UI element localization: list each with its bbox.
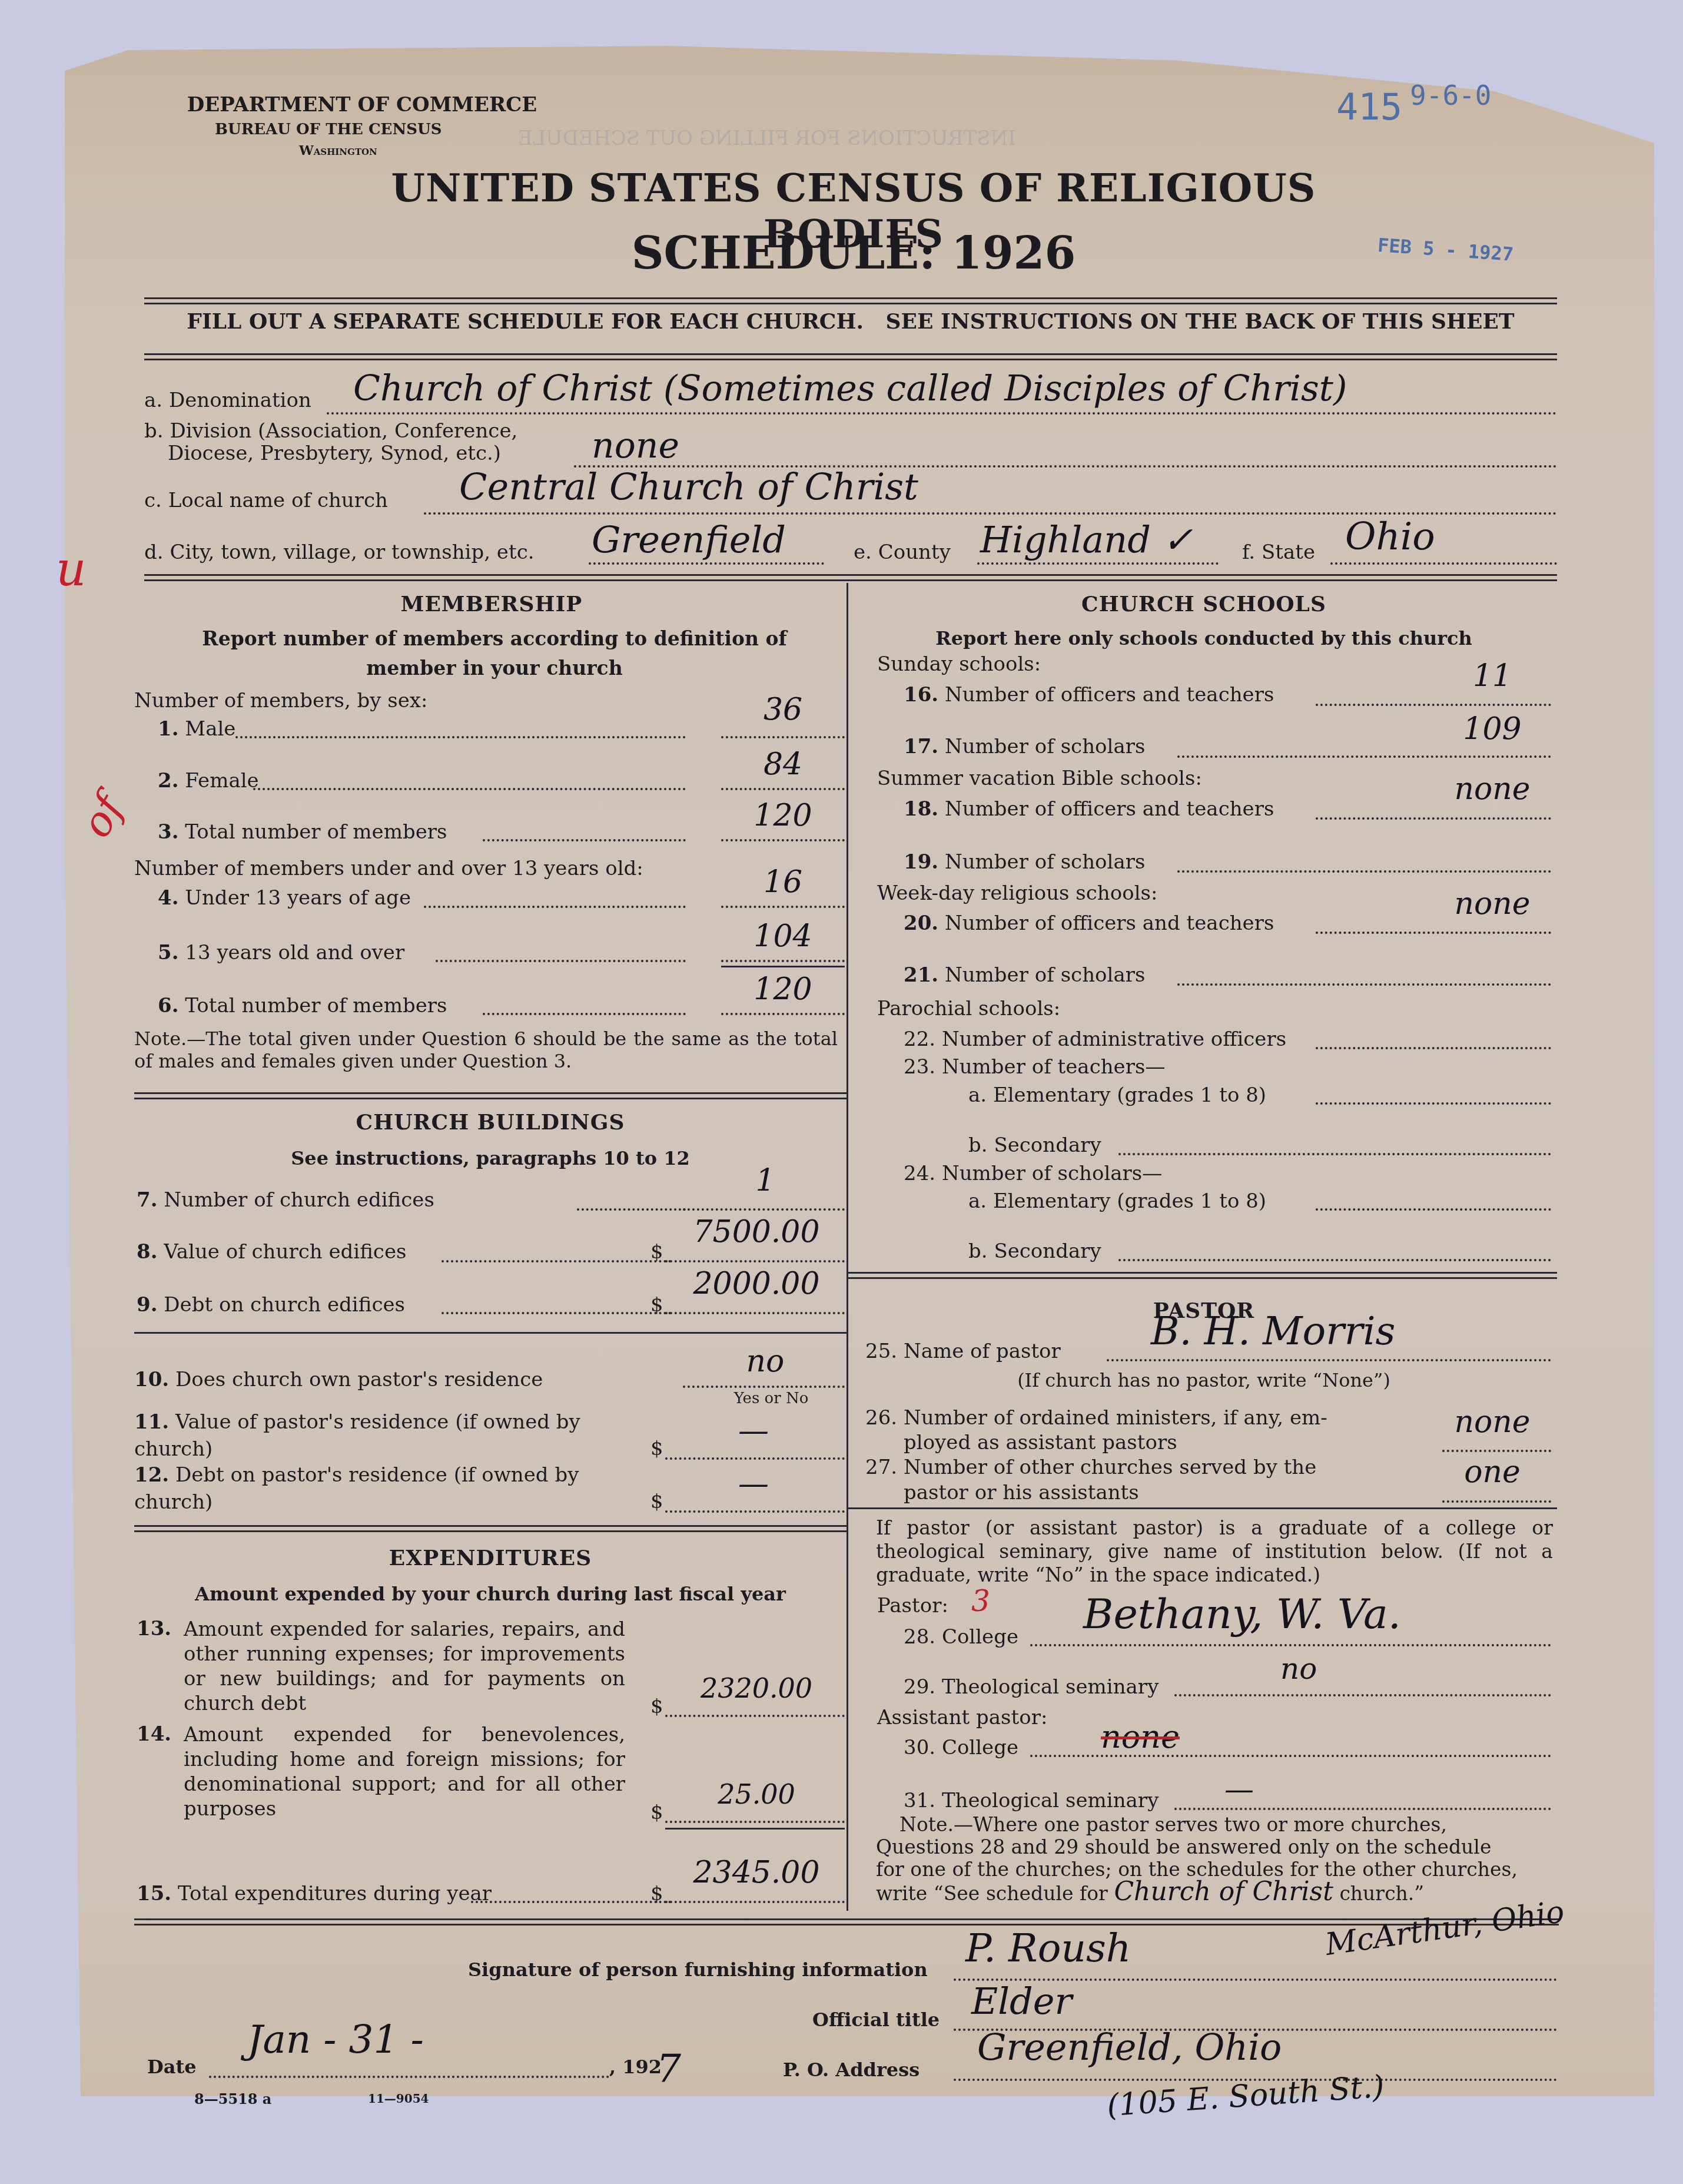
q23-label: 23. Number of teachers— xyxy=(904,1055,1165,1079)
row-number: 9. xyxy=(137,1293,158,1317)
q23a-label: a. Elementary (grades 1 to 8) xyxy=(968,1083,1266,1107)
denomination-field[interactable]: Church of Christ (Sometimes called Disci… xyxy=(353,368,1347,409)
note-line: Questions 28 and 29 should be answered o… xyxy=(876,1836,1553,1858)
q22-label: 22. Number of administrative officers xyxy=(904,1028,1286,1051)
division-field[interactable]: none xyxy=(592,425,679,466)
date-year-field[interactable]: 7 xyxy=(656,2046,681,2092)
answer-line xyxy=(1316,817,1551,820)
answer-line xyxy=(665,1260,845,1262)
row-number: 19. xyxy=(904,850,938,874)
row-label: Total number of members xyxy=(185,994,447,1018)
row-label: Number of officers and teachers xyxy=(945,797,1274,821)
sunday-schools-label: Sunday schools: xyxy=(877,652,1041,676)
weekday-teachers-field[interactable]: none xyxy=(1433,886,1551,922)
date-line xyxy=(209,2076,609,2078)
over-13-field[interactable]: 104 xyxy=(721,919,845,954)
division-label-2: Diocese, Presbytery, Synod, etc.) xyxy=(168,442,501,465)
q22-answer-line xyxy=(1316,1047,1551,1049)
answer-line xyxy=(683,1386,845,1388)
q27-label-2: pastor or his assistants xyxy=(904,1481,1139,1504)
expenditures-subtitle: Amount expended by your church during la… xyxy=(134,1583,847,1605)
header-divider xyxy=(144,297,1557,304)
column-divider xyxy=(847,583,848,1911)
row-label: Amount expended for salaries, repairs, a… xyxy=(184,1617,625,1716)
state-line xyxy=(1330,562,1557,565)
local-name-line xyxy=(424,512,1557,515)
date-field[interactable]: Jan - 31 - xyxy=(247,2017,424,2062)
row-number: 4. xyxy=(158,886,179,910)
answer-line xyxy=(721,960,845,962)
state-label: f. State xyxy=(1242,541,1315,564)
answer-line xyxy=(721,839,845,841)
row-number: 13. xyxy=(137,1617,171,1641)
county-field[interactable]: Highland ✓ xyxy=(980,518,1193,561)
answer-line xyxy=(721,1013,845,1015)
ident-divider xyxy=(144,574,1557,581)
male-count-field[interactable]: 36 xyxy=(721,692,845,727)
county-label: e. County xyxy=(854,541,951,564)
city-field[interactable]: Greenfield xyxy=(592,518,786,561)
denomination-label: a. Denomination xyxy=(144,389,311,412)
pastor-education-label: Pastor: xyxy=(877,1594,948,1618)
assistant-seminary-field[interactable]: — xyxy=(1224,1772,1254,1807)
row-label: Total expenditures during year xyxy=(178,1882,492,1905)
row-label: Female xyxy=(185,769,258,793)
q26-answer-line xyxy=(1442,1450,1551,1452)
official-title-field[interactable]: Elder xyxy=(971,1980,1072,2023)
membership-note: Note.—The total given under Question 6 s… xyxy=(134,1028,838,1072)
file-suffix-stamp: 9-6-0 xyxy=(1410,79,1491,111)
q27-label-1: 27. Number of other churches served by t… xyxy=(865,1456,1316,1479)
margin-mark-u: u xyxy=(56,542,87,596)
instruction-divider xyxy=(144,353,1557,360)
schedule-year: SCHEDULE: 1926 xyxy=(318,227,1389,279)
row-number: 8. xyxy=(137,1240,158,1264)
instruction-banner: FILL OUT A SEPARATE SCHEDULE FOR EACH CH… xyxy=(144,309,1557,334)
parochial-label: Parochial schools: xyxy=(877,997,1060,1020)
answer-line xyxy=(665,1457,845,1460)
leader-dots xyxy=(442,1260,671,1262)
by-age-label: Number of members under and over 13 year… xyxy=(134,857,643,880)
date-label: Date xyxy=(147,2055,197,2079)
edifice-count-field[interactable]: 1 xyxy=(706,1163,824,1198)
row-number: 10. xyxy=(134,1368,169,1391)
answer-line xyxy=(683,1208,845,1211)
leader-dots xyxy=(483,839,686,841)
under-13-field[interactable]: 16 xyxy=(721,864,845,900)
row-number: 15. xyxy=(137,1882,171,1905)
row-number: 18. xyxy=(904,797,938,821)
vacation-schools-label: Summer vacation Bible schools: xyxy=(877,767,1202,790)
row-number: 5. xyxy=(158,941,179,965)
dollar-sign: $ xyxy=(650,1801,663,1824)
dollar-sign: $ xyxy=(650,1437,663,1460)
edifice-debt-field[interactable]: 2000.00 xyxy=(668,1266,845,1301)
buildings-subdivider xyxy=(134,1332,847,1334)
answer-line xyxy=(1177,870,1551,873)
row-label: Value of pastor's residence (if owned by… xyxy=(134,1410,580,1461)
q27-answer-line xyxy=(1442,1500,1551,1503)
row-number: 3. xyxy=(158,820,179,844)
q25-hint: (If church has no pastor, write “None”) xyxy=(851,1369,1557,1391)
official-title-label: Official title xyxy=(812,2008,940,2031)
answer-line xyxy=(1316,932,1551,934)
q23b-answer-line xyxy=(1118,1153,1551,1155)
department-name: DEPARTMENT OF COMMERCE xyxy=(150,93,574,117)
sum-rule xyxy=(721,966,845,967)
q24b-label: b. Secondary xyxy=(968,1240,1101,1263)
form-number: 8—5518 a xyxy=(194,2090,271,2107)
row-number: 14. xyxy=(137,1722,171,1746)
row-label: Under 13 years of age xyxy=(185,886,411,910)
dollar-sign: $ xyxy=(650,1490,663,1513)
row-number: 21. xyxy=(904,963,938,987)
row-label: Number of scholars xyxy=(945,963,1145,987)
total-members-field[interactable]: 120 xyxy=(721,798,845,833)
dollar-sign: $ xyxy=(650,1240,663,1264)
show-through-text: INSTRUCTIONS FOR FILLING OUT SCHEDULE xyxy=(518,127,1016,150)
answer-line xyxy=(665,1821,845,1823)
row-number: 2. xyxy=(158,769,179,793)
row-label: Debt on pastor's residence (if owned by … xyxy=(134,1463,579,1514)
membership-subtitle: Report number of members according to de… xyxy=(177,624,812,683)
sum-rule xyxy=(665,1828,845,1830)
row-number: 1. xyxy=(158,717,179,741)
assistant-ministers-field[interactable]: none xyxy=(1433,1404,1551,1440)
red-mark-3: 3 xyxy=(971,1584,990,1618)
city-label: d. City, town, village, or township, etc… xyxy=(144,541,535,564)
q25-label: 25. Name of pastor xyxy=(865,1340,1061,1363)
benevolences-field[interactable]: 25.00 xyxy=(668,1778,845,1810)
local-name-field[interactable]: Central Church of Christ xyxy=(459,465,918,508)
pastor-name-field[interactable]: B. H. Morris xyxy=(1151,1308,1395,1354)
q29-answer-line xyxy=(1174,1694,1551,1696)
city-name: Washington xyxy=(299,143,377,158)
sunday-scholars-field[interactable]: 109 xyxy=(1433,711,1551,747)
assistant-college-field[interactable]: none xyxy=(1101,1718,1180,1755)
note-prefix: write “See schedule for xyxy=(876,1882,1108,1905)
schools-subtitle: Report here only schools conducted by th… xyxy=(851,627,1557,649)
q28-label: 28. College xyxy=(904,1625,1018,1649)
answer-line xyxy=(665,1715,845,1717)
answer-line xyxy=(665,1312,845,1314)
leader-dots xyxy=(483,1013,686,1015)
schools-heading: CHURCH SCHOOLS xyxy=(851,592,1557,617)
weekday-schools-label: Week-day religious schools: xyxy=(877,881,1157,905)
answer-line xyxy=(721,906,845,908)
residence-debt-field[interactable]: — xyxy=(683,1466,824,1502)
q23a-answer-line xyxy=(1316,1102,1551,1105)
row-label: Amount expended for benevolences, includ… xyxy=(184,1722,625,1821)
row-label: Number of church edifices xyxy=(164,1188,434,1212)
print-number: 11—9054 xyxy=(368,2092,429,2106)
row-label: Does church own pastor's residence xyxy=(175,1368,543,1391)
q26-label-1: 26. Number of ordained ministers, if any… xyxy=(865,1406,1327,1430)
q24a-answer-line xyxy=(1316,1208,1551,1211)
po-address-label: P. O. Address xyxy=(783,2058,919,2082)
q24-label: 24. Number of scholars— xyxy=(904,1162,1162,1185)
leader-dots xyxy=(471,1901,671,1903)
membership-heading: MEMBERSHIP xyxy=(135,592,848,617)
row-number: 7. xyxy=(137,1188,158,1212)
answer-line xyxy=(665,1901,845,1903)
note-line: write “See schedule for Church of Christ… xyxy=(876,1881,1553,1905)
row-label: Debt on church edifices xyxy=(164,1293,405,1317)
dollar-sign: $ xyxy=(650,1882,663,1905)
female-count-field[interactable]: 84 xyxy=(721,747,845,782)
q24a-label: a. Elementary (grades 1 to 8) xyxy=(968,1189,1266,1213)
row-number: 11. xyxy=(134,1410,169,1434)
answer-line xyxy=(665,1510,845,1513)
signature-label: Signature of person furnishing informati… xyxy=(468,1958,928,1981)
leader-dots xyxy=(235,736,686,738)
bureau-name: BUREAU OF THE CENSUS xyxy=(215,121,442,138)
row-label: Number of scholars xyxy=(945,850,1145,874)
state-field[interactable]: Ohio xyxy=(1345,515,1435,559)
vacation-teachers-field[interactable]: none xyxy=(1433,771,1551,807)
dollar-sign: $ xyxy=(650,1293,663,1317)
membership-divider xyxy=(134,1092,847,1099)
local-name-label: c. Local name of church xyxy=(144,489,388,512)
residence-value-field[interactable]: — xyxy=(683,1413,824,1449)
q25-answer-line xyxy=(1107,1359,1551,1361)
owns-residence-field[interactable]: no xyxy=(706,1344,824,1379)
note-suffix: church.” xyxy=(1339,1882,1424,1905)
edifice-value-field[interactable]: 7500.00 xyxy=(668,1214,845,1250)
q31-label: 31. Theological seminary xyxy=(904,1789,1158,1812)
pastor-college-field[interactable]: Bethany, W. Va. xyxy=(1083,1590,1401,1638)
leader-dots xyxy=(436,960,686,962)
schools-divider xyxy=(848,1272,1557,1279)
note-line: Note.—Where one pastor serves two or mor… xyxy=(876,1814,1553,1836)
row-number: 16. xyxy=(904,683,938,707)
graduate-note: If pastor (or assistant pastor) is a gra… xyxy=(876,1516,1553,1587)
answer-line xyxy=(1316,704,1551,706)
pastor-note: Note.—Where one pastor serves two or mor… xyxy=(876,1814,1553,1905)
division-label-1: b. Division (Association, Conference, xyxy=(144,419,517,443)
row-number: 17. xyxy=(904,735,938,758)
running-expenses-field[interactable]: 2320.00 xyxy=(668,1672,845,1704)
row-number: 20. xyxy=(904,912,938,935)
q30-label: 30. College xyxy=(904,1736,1018,1759)
signature-field[interactable]: P. Roush xyxy=(965,1926,1131,1971)
q28-answer-line xyxy=(1030,1644,1551,1646)
date-year-prefix: , 192 xyxy=(609,2055,662,2079)
row-label: Total number of members xyxy=(185,820,447,844)
q29-label: 29. Theological seminary xyxy=(904,1675,1158,1699)
row-label: Number of officers and teachers xyxy=(945,683,1274,707)
buildings-divider xyxy=(134,1525,847,1532)
file-number-stamp: 415 xyxy=(1336,85,1402,128)
answer-line xyxy=(721,788,845,790)
row-label: 13 years old and over xyxy=(185,941,404,965)
pastor-subdivider xyxy=(848,1507,1557,1509)
expenditures-heading: EXPENDITURES xyxy=(134,1546,847,1570)
row-number: 12. xyxy=(134,1463,169,1487)
q24b-answer-line xyxy=(1118,1259,1551,1261)
row-label: Number of officers and teachers xyxy=(945,912,1274,935)
row-label: Number of scholars xyxy=(945,735,1145,758)
row-number: 6. xyxy=(158,994,179,1018)
q31-answer-line xyxy=(1174,1808,1551,1810)
answer-line xyxy=(1177,755,1551,758)
answer-line xyxy=(721,736,845,738)
sunday-teachers-field[interactable]: 11 xyxy=(1433,658,1551,694)
denomination-line xyxy=(327,412,1557,415)
leader-dots xyxy=(442,1312,671,1314)
leader-dots xyxy=(424,906,686,908)
answer-line xyxy=(1177,983,1551,986)
other-churches-field[interactable]: one xyxy=(1433,1454,1551,1490)
dollar-sign: $ xyxy=(650,1695,663,1718)
q26-label-2: ployed as assistant pastors xyxy=(904,1431,1177,1454)
assistant-pastor-label: Assistant pastor: xyxy=(877,1706,1047,1729)
yes-no-hint: Yes or No xyxy=(718,1390,824,1407)
total-members-check-field[interactable]: 120 xyxy=(721,972,845,1007)
leader-dots xyxy=(253,788,686,790)
q23b-label: b. Secondary xyxy=(968,1134,1101,1157)
city-line xyxy=(589,562,824,565)
county-line xyxy=(977,562,1219,565)
buildings-heading: CHURCH BUILDINGS xyxy=(134,1110,847,1135)
total-expenditures-field[interactable]: 2345.00 xyxy=(668,1855,845,1890)
see-schedule-field[interactable]: Church of Christ xyxy=(1114,1877,1333,1907)
po-address-field[interactable]: Greenfield, Ohio xyxy=(977,2026,1282,2069)
pastor-seminary-field[interactable]: no xyxy=(1280,1652,1317,1686)
by-sex-label: Number of members, by sex: xyxy=(134,689,427,712)
row-label: Male xyxy=(185,717,235,741)
leader-dots xyxy=(577,1208,686,1211)
row-label: Value of church edifices xyxy=(164,1240,406,1264)
